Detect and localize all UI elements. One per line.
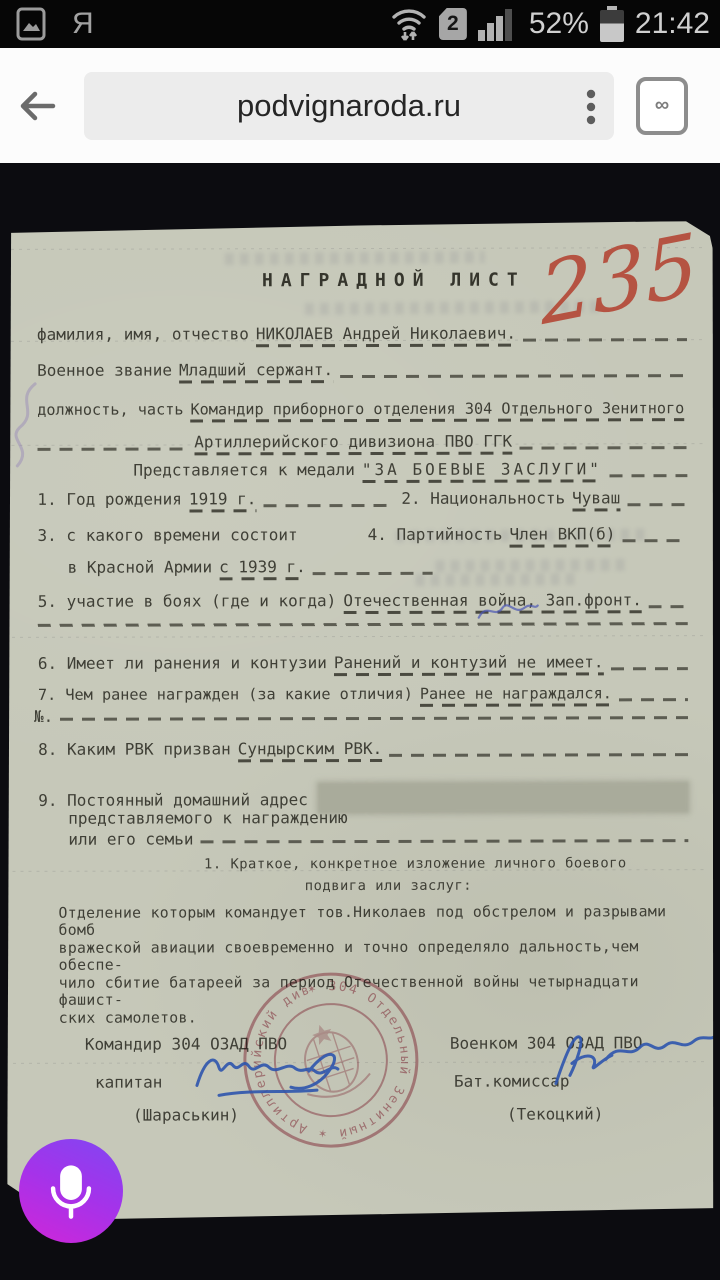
screenshot-icon xyxy=(16,7,46,41)
field-address: 9. Постоянный домашний адрес xyxy=(38,774,688,810)
award-sheet-paper: 235 НАГРАДНОЙ ЛИСТ фамилия, имя, отчеств… xyxy=(5,221,716,1220)
field-red-army: в Красной Армии с 1939 г. xyxy=(68,556,688,581)
field-wounds: 6. Имеет ли ранения и контузии Ранений и… xyxy=(38,652,688,677)
status-bar: Я 2 52% 21:42 xyxy=(0,0,720,48)
field-address-2: представляемого к награждению xyxy=(68,807,688,828)
fio-label: фамилия, имя, отчество xyxy=(37,324,249,344)
battery-percent: 52% xyxy=(529,9,589,39)
field-rvk: 8. Каким РВК призван Сундырским РВК. xyxy=(38,738,688,763)
yandex-app-icon: Я xyxy=(72,9,94,39)
birth-year-value: 1919 г. xyxy=(189,489,256,512)
document-title: НАГРАДНОЙ ЛИСТ xyxy=(5,269,713,292)
nationality-label: 2. Национальность xyxy=(401,488,565,507)
field-combat: 5. участие в боях (где и когда) Отечеств… xyxy=(38,590,688,615)
tab-count-glyph: ∞ xyxy=(655,94,669,117)
combat-label: 5. участие в боях (где и когда) xyxy=(38,591,337,611)
commander-signature-ink xyxy=(191,1045,351,1103)
address-label: 9. Постоянный домашний адрес xyxy=(38,790,308,810)
commander-name: (Шараськин) xyxy=(133,1105,239,1124)
nationality-value: Чуваш xyxy=(572,488,620,511)
clock: 21:42 xyxy=(635,9,710,39)
position-value-2: Артиллерийского дивизиона ПВО ГГК xyxy=(194,432,512,456)
overflow-menu-button[interactable] xyxy=(586,89,596,125)
award-value: "ЗА БОЕВЫЕ ЗАСЛУГИ" xyxy=(362,459,602,483)
service-since-label: 3. с какого времени состоит xyxy=(37,525,297,545)
wounds-label: 6. Имеет ли ранения и контузии xyxy=(38,653,327,673)
position-label: должность, часть xyxy=(37,400,183,418)
sim-slot-number: 2 xyxy=(447,12,459,36)
bleed-through-artifact xyxy=(225,251,485,265)
back-button[interactable] xyxy=(16,85,58,127)
field-row-3-4: 3. с какого времени состоит 4. Партийнос… xyxy=(37,524,687,549)
rvk-value: Сундырским РВК. xyxy=(238,739,383,762)
sim-card-icon: 2 xyxy=(439,8,467,40)
battery-icon xyxy=(600,6,624,42)
address-label-3: или его семьи xyxy=(68,829,193,848)
field-fio: фамилия, имя, отчество НИКОЛАЕВ Андрей Н… xyxy=(37,323,687,348)
position-value: Командир приборного отделения 304 Отдель… xyxy=(190,399,684,422)
red-army-value: с 1939 г. xyxy=(219,557,306,580)
section-heading-2: подвига или заслуг: xyxy=(6,877,714,895)
commander-rank: капитан xyxy=(95,1073,162,1092)
url-text: podvignaroda.ru xyxy=(237,88,461,124)
field-award: Представляется к медали "ЗА БОЕВЫЕ ЗАСЛУ… xyxy=(133,459,687,483)
number-line-label: №. xyxy=(34,707,53,726)
citation-line-1: Отделение которым командует тов.Николаев… xyxy=(58,903,694,939)
purple-margin-scribble xyxy=(5,378,50,478)
address-label-2: представляемого к награждению xyxy=(68,808,347,828)
party-label: 4. Партийность xyxy=(368,525,503,544)
field-rank: Военное звание Младший сержант. xyxy=(37,359,687,384)
field-address-3: или его семьи xyxy=(68,828,688,849)
status-right-group: 2 52% 21:42 xyxy=(390,4,710,44)
field-position: должность, часть Командир приборного отд… xyxy=(37,399,687,423)
dash-continuation-line xyxy=(38,622,688,632)
microphone-icon xyxy=(39,1159,103,1223)
voice-assistant-button[interactable] xyxy=(19,1139,123,1243)
prior-awards-value: Ранее не награждался. xyxy=(420,684,612,707)
field-position-2: Артиллерийского дивизиона ПВО ГГК xyxy=(37,431,687,456)
rank-label: Военное звание xyxy=(37,360,172,379)
commissar-name: (Текоцкий) xyxy=(507,1104,603,1123)
phone-screen: Я 2 52% 21:42 xyxy=(0,0,720,1280)
fio-value: НИКОЛАЕВ Андрей Николаевич. xyxy=(256,324,516,348)
tab-switcher-button[interactable]: ∞ xyxy=(636,77,688,135)
section-heading-1: 1. Краткое, конкретное изложение личного… xyxy=(6,855,714,873)
status-left-group: Я xyxy=(16,7,94,41)
rank-value: Младший сержант. xyxy=(179,360,333,383)
field-row-1-2: 1. Год рождения 1919 г. 2. Национальност… xyxy=(37,488,687,513)
browser-toolbar: podvignaroda.ru ∞ xyxy=(0,48,720,163)
commissar-signature-ink xyxy=(546,1027,718,1089)
wifi-icon xyxy=(390,4,428,44)
rvk-label: 8. Каким РВК призван xyxy=(38,739,231,759)
red-army-label: в Красной Армии xyxy=(68,557,213,576)
scanned-document-viewport[interactable]: 235 НАГРАДНОЙ ЛИСТ фамилия, имя, отчеств… xyxy=(0,163,720,1280)
field-prior-awards: 7. Чем ранее награжден (за какие отличия… xyxy=(38,684,688,708)
party-value: Член ВКП(б) xyxy=(509,524,615,547)
blue-pen-scribble xyxy=(475,598,541,626)
wounds-value: Ранений и контузий не имеет. xyxy=(334,652,604,676)
signal-bars-icon xyxy=(478,7,518,41)
address-bar[interactable]: podvignaroda.ru xyxy=(84,72,614,140)
field-number-line: №. xyxy=(34,705,688,726)
award-label: Представляется к медали xyxy=(133,460,355,480)
birth-year-label: 1. Год рождения xyxy=(37,489,182,508)
prior-awards-label: 7. Чем ранее награжден (за какие отличия… xyxy=(38,685,413,704)
